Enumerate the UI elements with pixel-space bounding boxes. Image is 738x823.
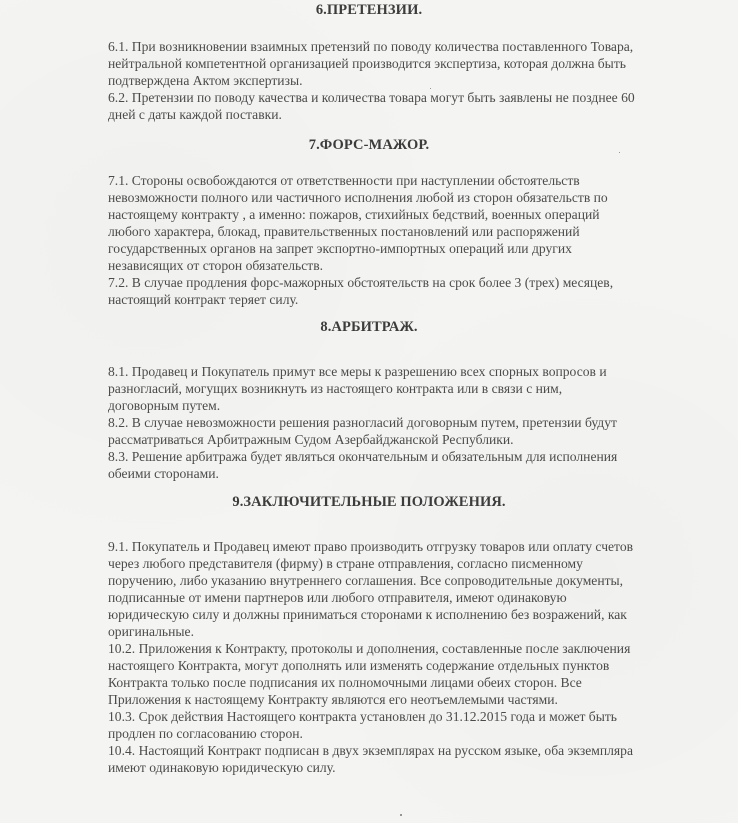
- scan-speck: [400, 814, 402, 816]
- text-line: любого характера, блокад, правительствен…: [108, 223, 708, 240]
- section-body-arbitration: 8.1. Продавец и Покупатель примут все ме…: [108, 363, 708, 482]
- text-line: 9.1. Покупатель и Продавец имеют право п…: [108, 538, 708, 555]
- text-line: Контракта только после подписания их пол…: [108, 674, 708, 691]
- text-line: 10.3. Срок действия Настоящего контракта…: [108, 708, 708, 725]
- section-body-force-majeure: 7.1. Стороны освобождаются от ответствен…: [108, 172, 708, 308]
- text-line: 10.2. Приложения к Контракту, протоколы …: [108, 640, 708, 657]
- text-line: невозможности полного или частичного исп…: [108, 189, 708, 206]
- text-line: 8.3. Решение арбитража будет являться ок…: [108, 448, 708, 465]
- text-line: независящих от сторон обязательств.: [108, 257, 708, 274]
- text-line: через любого представителя (фирму) в стр…: [108, 555, 708, 572]
- text-line: настоящего Контракта, могут дополнять ил…: [108, 657, 708, 674]
- section-title-arbitration: 8.АРБИТРАЖ.: [0, 319, 738, 336]
- text-line: настоящему контракту , а именно: пожаров…: [108, 206, 708, 223]
- scan-speck: [619, 152, 620, 153]
- text-line: настоящий контракт теряет силу.: [108, 291, 708, 308]
- scanned-document-page: 6.ПРЕТЕНЗИИ. 6.1. При возникновении взаи…: [0, 0, 738, 823]
- section-body-claims: 6.1. При возникновении взаимных претензи…: [108, 38, 708, 123]
- text-line: имеют одинаковую юридическую силу.: [108, 759, 708, 776]
- text-line: 8.2. В случае невозможности решения разн…: [108, 414, 708, 431]
- text-line: нейтральной компетентной организацией пр…: [108, 55, 708, 72]
- text-line: дней с даты каждой поставки.: [108, 106, 708, 123]
- text-line: рассматриваться Арбитражным Судом Азерба…: [108, 431, 708, 448]
- section-body-final-provisions: 9.1. Покупатель и Продавец имеют право п…: [108, 538, 708, 776]
- text-line: 7.2. В случае продления форс-мажорных об…: [108, 274, 708, 291]
- text-line: 7.1. Стороны освобождаются от ответствен…: [108, 172, 708, 189]
- text-line: 6.1. При возникновении взаимных претензи…: [108, 38, 708, 55]
- text-line: разногласий, могущих возникнуть из насто…: [108, 380, 708, 397]
- text-line: юридическую силу и должны приниматься ст…: [108, 606, 708, 623]
- text-line: 8.1. Продавец и Покупатель примут все ме…: [108, 363, 708, 380]
- text-line: обеими сторонами.: [108, 465, 708, 482]
- text-line: 10.4. Настоящий Контракт подписан в двух…: [108, 742, 708, 759]
- text-line: Приложения к настоящему Контракту являют…: [108, 691, 708, 708]
- text-line: продлен по согласованию сторон.: [108, 725, 708, 742]
- text-line: поручению, либо указанию внутреннего сог…: [108, 572, 708, 589]
- section-title-final-provisions: 9.ЗАКЛЮЧИТЕЛЬНЫЕ ПОЛОЖЕНИЯ.: [0, 494, 738, 511]
- text-line: государственных органов на запрет экспор…: [108, 240, 708, 257]
- text-line: договорным путем.: [108, 397, 708, 414]
- section-title-force-majeure: 7.ФОРС-МАЖОР.: [0, 137, 738, 154]
- text-line: 6.2. Претензии по поводу качества и коли…: [108, 89, 708, 106]
- scan-speck: [430, 88, 431, 89]
- text-line: оригинальные.: [108, 623, 708, 640]
- section-title-claims: 6.ПРЕТЕНЗИИ.: [0, 2, 738, 19]
- text-line: подписанные от имени партнеров или любог…: [108, 589, 708, 606]
- text-line: подтверждена Актом экспертизы.: [108, 72, 708, 89]
